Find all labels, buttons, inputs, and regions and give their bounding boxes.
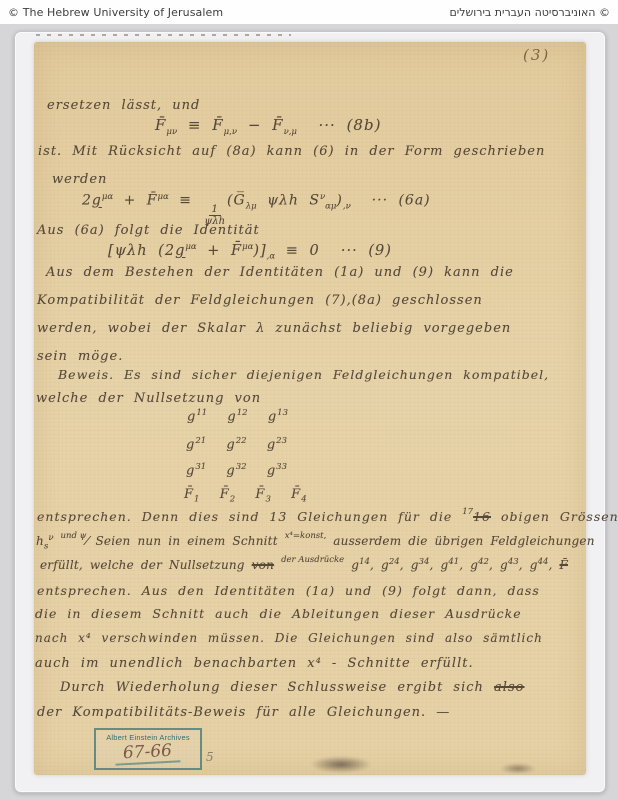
matrix-row: g11 g12 g13 — [187, 408, 288, 424]
manuscript-line: welche der Nullsetzung von — [36, 391, 261, 406]
manuscript-line: Durch Wiederholung dieser Schlussweise e… — [60, 680, 524, 695]
ink-smudge — [500, 763, 536, 774]
matrix-row: g31 g32 g33 — [186, 462, 287, 478]
page-number: (3) — [523, 46, 550, 64]
side-number: 5 — [206, 750, 214, 764]
manuscript-line: auch im unendlich benachbarten x⁴ - Schn… — [35, 656, 474, 671]
binding-marks — [36, 34, 291, 36]
manuscript-line: Aus (6a) folgt die Identität — [37, 223, 260, 238]
manuscript-line: erfüllt, welche der Nullsetzung von der … — [40, 557, 568, 572]
archive-stamp: Albert Einstein Archives 67-66 — [94, 728, 202, 770]
manuscript-line: der Kompatibilitäts-Beweis für alle Glei… — [37, 705, 450, 720]
manuscript-line: werden, wobei der Skalar λ zunächst beli… — [37, 321, 511, 336]
manuscript-line: entsprechen. Aus den Identitäten (1a) un… — [37, 583, 540, 598]
manuscript-line: Beweis. Es sind sicher diejenigen Feldgl… — [58, 367, 549, 382]
header-bar: © The Hebrew University of Jerusalem © ה… — [0, 0, 618, 24]
manuscript-page: (3) ersetzen lässt, und F̄μν ≡ F̄μ,ν − F… — [34, 42, 586, 775]
equation-9: [ψλh (2gμα + F̄μα)],α ≡ 0 ··· (9) — [108, 242, 392, 262]
stamp-label: Albert Einstein Archives — [96, 733, 200, 742]
manuscript-line: ist. Mit Rücksicht auf (8a) kann (6) in … — [38, 144, 545, 159]
equation-6a: 2gμα + F̄μα ≡ 1ψλh(G̅λμ ψλh Sναμ),ν ··· … — [82, 192, 431, 227]
equation-8b: F̄μν ≡ F̄μ,ν − F̄ν,μ ··· (8b) — [155, 116, 381, 137]
manuscript-line: die in diesem Schnitt auch die Ableitung… — [35, 606, 522, 621]
manuscript-line: hsν und ψ⁄ Seien nun in einem Schnitt x⁴… — [36, 533, 595, 551]
manuscript-line: ersetzen lässt, und — [47, 98, 200, 113]
scan-background: (3) ersetzen lässt, und F̄μν ≡ F̄μ,ν − F… — [0, 24, 618, 800]
matrix-row: F̄1 F̄2 F̄3 F̄4 — [184, 487, 307, 505]
archival-sleeve: (3) ersetzen lässt, und F̄μν ≡ F̄μ,ν − F… — [14, 31, 606, 793]
matrix-row: g21 g22 g23 — [186, 436, 287, 452]
manuscript-line: Aus dem Bestehen der Identitäten (1a) un… — [46, 265, 514, 280]
copyright-text-he: © האוניברסיטה העברית בירושלים — [449, 6, 610, 19]
copyright-text-en: © The Hebrew University of Jerusalem — [8, 6, 223, 19]
manuscript-line: Kompatibilität der Feldgleichungen (7),(… — [37, 293, 483, 308]
manuscript-line: nach x⁴ verschwinden müssen. Die Gleichu… — [35, 631, 543, 645]
manuscript-line: sein möge. — [37, 349, 123, 364]
manuscript-line: werden — [52, 172, 107, 187]
ink-smudge — [310, 756, 372, 773]
stamp-number: 67-66 — [115, 740, 181, 765]
manuscript-line: entsprechen. Denn dies sind 13 Gleichung… — [37, 509, 618, 524]
